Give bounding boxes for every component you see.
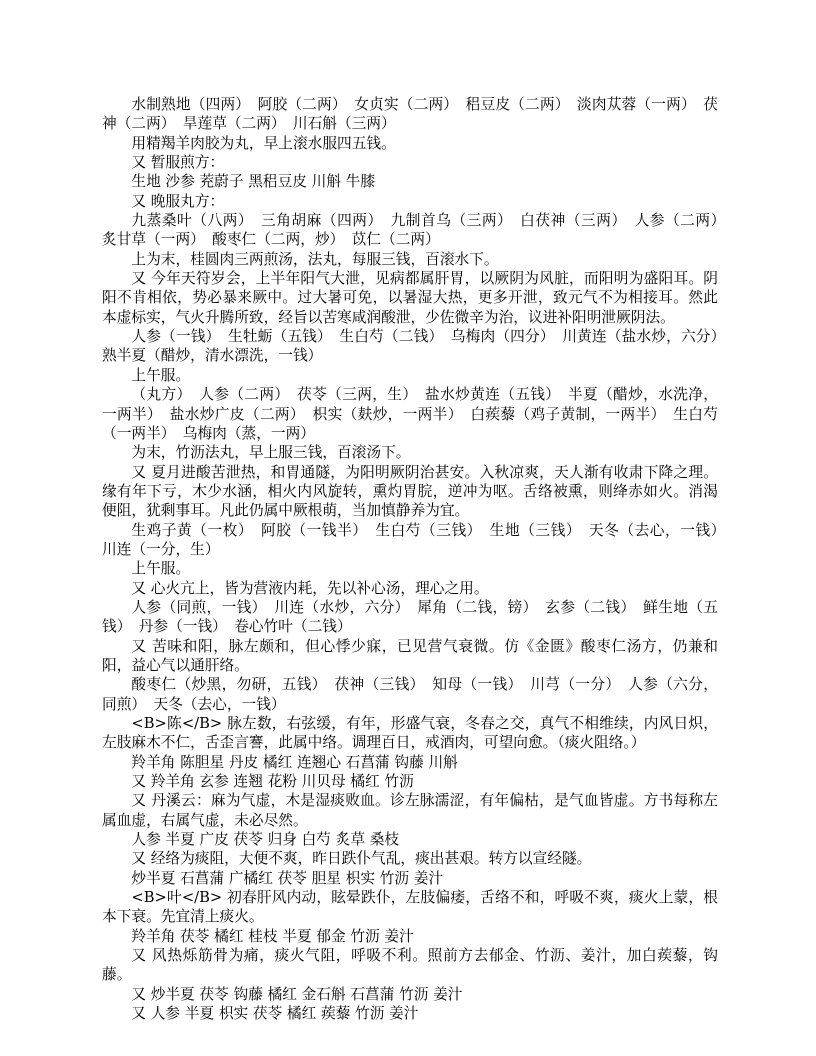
- paragraph-6: 九蒸桑叶（八两） 三角胡麻（四两） 九制首乌（三两） 白茯神（三两） 人参（二两…: [102, 211, 718, 250]
- paragraph-1: 水制熟地（四两） 阿胶（二两） 女贞实（二两） 稆豆皮（二两） 淡肉苁蓉（一两）…: [102, 95, 718, 134]
- paragraph-4: 生地 沙参 茺蔚子 黑稆豆皮 川斛 牛膝: [102, 172, 718, 191]
- paragraph-8: 又 今年天符岁会，上半年阳气大泄，见病都属肝胃，以厥阴为风脏，而阳明为盛阳耳。阴…: [102, 269, 718, 327]
- paragraph-18: 又 苦味和阳，脉左颇和，但心悸少寐，已见营气衰微。仿《金匮》酸枣仁汤方，仍兼和阳…: [102, 637, 718, 676]
- paragraph-24: 人参 半夏 广皮 茯苓 归身 白芍 炙草 桑枝: [102, 830, 718, 849]
- paragraph-15: 上午服。: [102, 559, 718, 578]
- paragraph-19: 酸枣仁（炒黑，勿研，五钱） 茯神（三钱） 知母（一钱） 川芎（一分） 人参（六分…: [102, 675, 718, 714]
- paragraph-3: 又 暂服煎方：: [102, 153, 718, 172]
- paragraph-11: （丸方） 人参（二两） 茯苓（三两，生） 盐水炒黄连（五钱） 半夏（醋炒，水洗净…: [102, 385, 718, 443]
- paragraph-14: 生鸡子黄（一枚） 阿胶（一钱半） 生白芍（三钱） 生地（三钱） 天冬（去心，一钱…: [102, 521, 718, 560]
- paragraph-5: 又 晚服丸方：: [102, 192, 718, 211]
- paragraph-17: 人参（同煎，一钱） 川连（水炒，六分） 犀角（二钱，镑） 玄参（二钱） 鲜生地（…: [102, 598, 718, 637]
- paragraph-23: 又 丹溪云：麻为气虚，木是湿痰败血。诊左脉濡涩，有年偏枯，是气血皆虚。方书每称左…: [102, 791, 718, 830]
- paragraph-25: 又 经络为痰阻，大便不爽，昨日跌仆气乱，痰出甚艰。转方以宣经隧。: [102, 849, 718, 868]
- paragraph-21: 羚羊角 陈胆星 丹皮 橘红 连翘心 石菖蒲 钩藤 川斛: [102, 753, 718, 772]
- paragraph-13: 又 夏月进酸苦泄热，和胃通隧，为阳明厥阴治甚安。入秋凉爽，天人渐有收肃下降之理。…: [102, 463, 718, 521]
- paragraph-10: 上午服。: [102, 366, 718, 385]
- paragraph-27: <B>叶</B> 初春肝风内动，眩晕跌仆，左肢偏痿，舌络不和，呼吸不爽，痰火上蒙…: [102, 888, 718, 927]
- paragraph-9: 人参（一钱） 生牡蛎（五钱） 生白芍（二钱） 乌梅肉（四分） 川黄连（盐水炒，六…: [102, 327, 718, 366]
- paragraph-31: 又 人参 半夏 枳实 茯苓 橘红 蒺藜 竹沥 姜汁: [102, 1004, 718, 1023]
- document-page: 水制熟地（四两） 阿胶（二两） 女贞实（二两） 稆豆皮（二两） 淡肉苁蓉（一两）…: [0, 0, 816, 1056]
- paragraph-22: 又 羚羊角 玄参 连翘 花粉 川贝母 橘红 竹沥: [102, 772, 718, 791]
- paragraph-20: <B>陈</B> 脉左数，右弦缓，有年，形盛气衰，冬春之交，真气不相维续，内风日…: [102, 714, 718, 753]
- paragraph-2: 用精羯羊肉胶为丸，早上滚水服四五钱。: [102, 134, 718, 153]
- document-text-block: 水制熟地（四两） 阿胶（二两） 女贞实（二两） 稆豆皮（二两） 淡肉苁蓉（一两）…: [102, 95, 718, 1024]
- paragraph-12: 为末，竹沥法丸，早上服三钱，百滚汤下。: [102, 443, 718, 462]
- paragraph-26: 炒半夏 石菖蒲 广橘红 茯苓 胆星 枳实 竹沥 姜汁: [102, 869, 718, 888]
- paragraph-7: 上为末，桂圆肉三两煎汤，法丸，每服三钱，百滚水下。: [102, 250, 718, 269]
- paragraph-16: 又 心火亢上，皆为营液内耗，先以补心汤，理心之用。: [102, 579, 718, 598]
- paragraph-29: 又 风热烁筋骨为痛，痰火气阻，呼吸不利。照前方去郁金、竹沥、姜汁，加白蒺藜，钩藤…: [102, 946, 718, 985]
- paragraph-30: 又 炒半夏 茯苓 钩藤 橘红 金石斛 石菖蒲 竹沥 姜汁: [102, 985, 718, 1004]
- paragraph-28: 羚羊角 茯苓 橘红 桂枝 半夏 郁金 竹沥 姜汁: [102, 927, 718, 946]
